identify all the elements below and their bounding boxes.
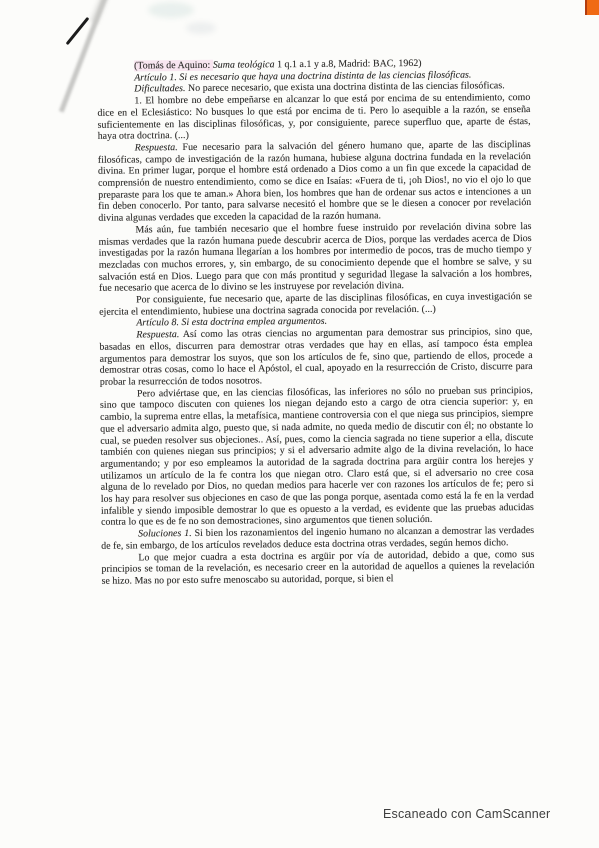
- paragraph-lead: Respuesta.: [136, 329, 179, 340]
- document-text-block: (Tomás de Aquino: Suma teológica 1 q.1 a…: [97, 57, 535, 587]
- paragraph-lead: Soluciones 1.: [138, 528, 192, 539]
- paragraph-lead: Respuesta.: [135, 142, 178, 153]
- scanned-page-background: { "colors": { "paper": "#fcfcfa", "ink":…: [0, 0, 599, 848]
- citation-prefix-highlighted: (Tomás de Aquino:: [134, 60, 213, 72]
- paragraph-text: Más aún, fue también necesario que el ho…: [99, 221, 532, 294]
- citation-suffix: 1 q.1 a.1 y a.8, Madrid: BAC, 1962): [274, 58, 421, 70]
- scan-smudge: [186, 22, 216, 34]
- paragraph-text: 1. El hombre no debe empeñarse en alcanz…: [97, 92, 530, 142]
- paragraph-pero-adviertase: Pero adviértase que, en las ciencias fil…: [100, 385, 534, 529]
- paragraph-objection-1: 1. El hombre no debe empeñarse en alcanz…: [97, 92, 530, 143]
- paragraph-mas-aun: Más aún, fue también necesario que el ho…: [98, 221, 532, 295]
- orange-corner-sticker: [585, 0, 599, 15]
- page-fold-shadow-artifact: [90, 0, 111, 24]
- paragraph-lead: Dificultades.: [134, 83, 185, 94]
- paragraph-lo-que-mejor: Lo que mejor cuadra a esta doctrina es a…: [101, 549, 534, 588]
- paragraph-text: Pero adviértase que, en las ciencias fil…: [100, 385, 534, 529]
- paragraph-respuesta-1: Respuesta. Fue necesario para la salvaci…: [98, 139, 532, 225]
- work-title: Suma teológica: [213, 59, 275, 71]
- camscanner-watermark: Escaneado con CamScanner: [383, 807, 548, 821]
- paragraph-text: Por consiguiente, fue necesario que, apa…: [99, 291, 532, 317]
- paragraph-respuesta-8: Respuesta. Así como las otras ciencias n…: [99, 326, 532, 388]
- scanned-document-page: (Tomás de Aquino: Suma teológica 1 q.1 a…: [0, 0, 599, 848]
- paragraph-text: Lo que mejor cuadra a esta doctrina es a…: [101, 549, 534, 587]
- scan-smudge: [148, 2, 194, 18]
